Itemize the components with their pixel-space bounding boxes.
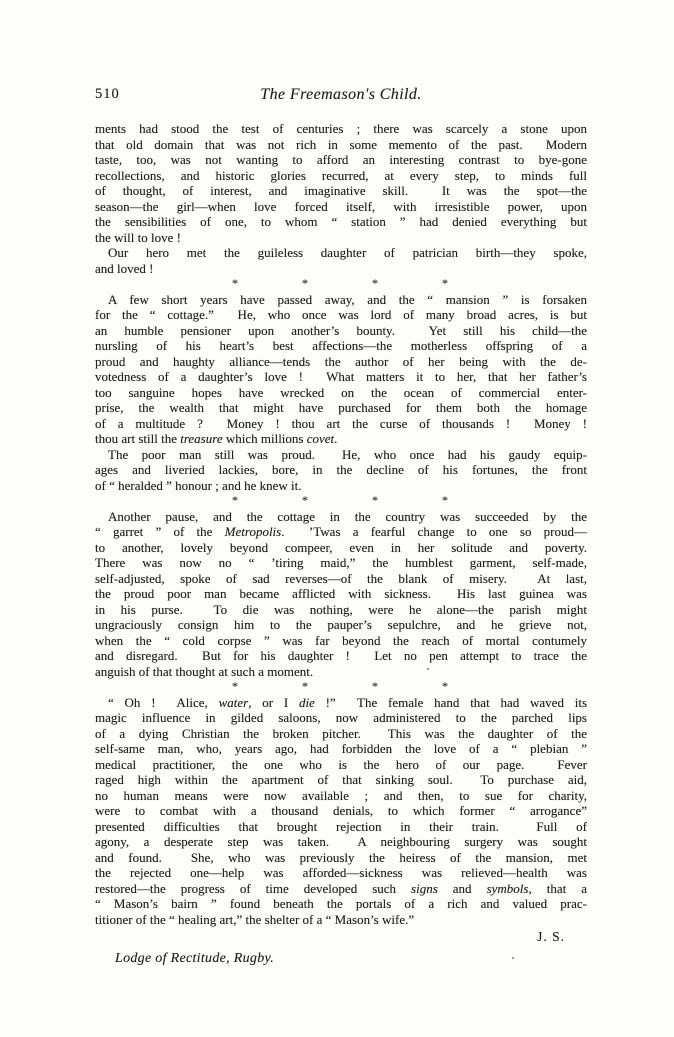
text-line: anguish of that thought at such a moment… [95,664,587,680]
text-line: prise, the wealth that might have purcha… [95,400,587,416]
text-line: the rejected one—help was afforded—sickn… [95,865,587,881]
text-line: “ garret ” of the Metropolis. ’Twas a fe… [95,524,587,540]
separator-star: * [442,679,448,695]
text-line: A few short years have passed away, and … [95,292,587,308]
separator-star: * [442,493,448,509]
text-line: in his purse. To die was nothing, were h… [95,602,587,618]
text-line: raged high within the apartment of that … [95,772,587,788]
text-line: restored—the progress of time developed … [95,881,587,897]
text-line: votedness of a daughter’s love ! What ma… [95,369,587,385]
text-line: were to combat with a thousand denials, … [95,803,587,819]
text-line: that old domain that was not rich in som… [95,137,587,153]
text-line: thou art still the treasure which millio… [95,431,587,447]
text-line: magic influence in gilded saloons, now a… [95,710,587,726]
text-line: There was now no “ ’tiring maid,” the hu… [95,555,587,571]
text-line: and disregard. But for his daughter ! Le… [95,648,587,664]
separator-star: * [372,679,378,695]
separator-star: * [302,276,308,292]
text-line: taste, too, was not wanting to afford an… [95,152,587,168]
page-title: The Freemason's Child. [95,86,587,104]
text-line: titioner of the “ healing art,” the shel… [95,912,587,928]
scan-speck [427,668,429,670]
section-separator: **** [232,679,448,695]
separator-star: * [442,276,448,292]
text-line: the sensibilities of one, to whom “ stat… [95,214,587,230]
text-line: self-adjusted, spoke of sad reverses—of … [95,571,587,587]
text-line: of “ heralded ” honour ; and he knew it. [95,478,587,494]
text-line: presented difficulties that brought reje… [95,819,587,835]
separator-star: * [232,276,238,292]
text-line: nursling of his heart’s best affections—… [95,338,587,354]
paragraph: A few short years have passed away, and … [95,292,587,447]
text-line: “ Oh ! Alice, water, or I die !” The fem… [95,695,587,711]
text-line: the will to love ! [95,230,587,246]
text-line: when the “ cold corpse ” was far beyond … [95,633,587,649]
text-line: Another pause, and the cottage in the co… [95,509,587,525]
text-line: too sanguine hopes have wrecked on the o… [95,385,587,401]
text-line: no human means were now available ; and … [95,788,587,804]
text-line: ages and liveried lackies, bore, in the … [95,462,587,478]
text-line: season—the girl—when love forced itself,… [95,199,587,215]
text-line: to another, lovely beyond compeer, even … [95,540,587,556]
text-line: of a dying Christian the broken pitcher.… [95,726,587,742]
separator-star: * [302,493,308,509]
scan-speck [512,957,514,959]
text-line: of a multitude ? Money ! thou art the cu… [95,416,587,432]
signature: J. S. [95,929,587,945]
text-line: for the “ cottage.” He, who once was lor… [95,307,587,323]
text-line: recollections, and historic glories recu… [95,168,587,184]
text-line: The poor man still was proud. He, who on… [95,447,587,463]
text-line: medical practitioner, the one who is the… [95,757,587,773]
text-line: of thought, of interest, and imaginative… [95,183,587,199]
paragraph: The poor man still was proud. He, who on… [95,447,587,494]
text-line: ments had stood the test of centuries ; … [95,121,587,137]
separator-star: * [232,679,238,695]
paragraph: Our hero met the guileless daughter of p… [95,245,587,276]
section-separator: **** [232,276,448,292]
paragraph: “ Oh ! Alice, water, or I die !” The fem… [95,695,587,928]
separator-star: * [372,493,378,509]
separator-star: * [372,276,378,292]
separator-star: * [232,493,238,509]
text-line: an humble pensioner upon another’s bount… [95,323,587,339]
document-page: 510 The Freemason's Child. ments had sto… [0,0,674,1037]
text-line: and loved ! [95,261,587,277]
closing-line: Lodge of Rectitude, Rugby. [115,951,587,967]
text-line: ungraciously consign him to the pauper’s… [95,617,587,633]
paragraph: ments had stood the test of centuries ; … [95,121,587,245]
separator-star: * [302,679,308,695]
text-line: “ Mason’s bairn ” found beneath the port… [95,896,587,912]
text-line: Our hero met the guileless daughter of p… [95,245,587,261]
text-line: self-same man, who, years ago, had forbi… [95,741,587,757]
section-separator: **** [232,493,448,509]
body-text: ments had stood the test of centuries ; … [95,121,587,966]
text-line: and found. She, who was previously the h… [95,850,587,866]
page-header: 510 The Freemason's Child. [95,86,587,106]
text-line: agony, a desperate step was taken. A nei… [95,834,587,850]
text-line: the proud poor man became afflicted with… [95,586,587,602]
text-line: proud and haughty alliance—tends the aut… [95,354,587,370]
paragraph: Another pause, and the cottage in the co… [95,509,587,680]
